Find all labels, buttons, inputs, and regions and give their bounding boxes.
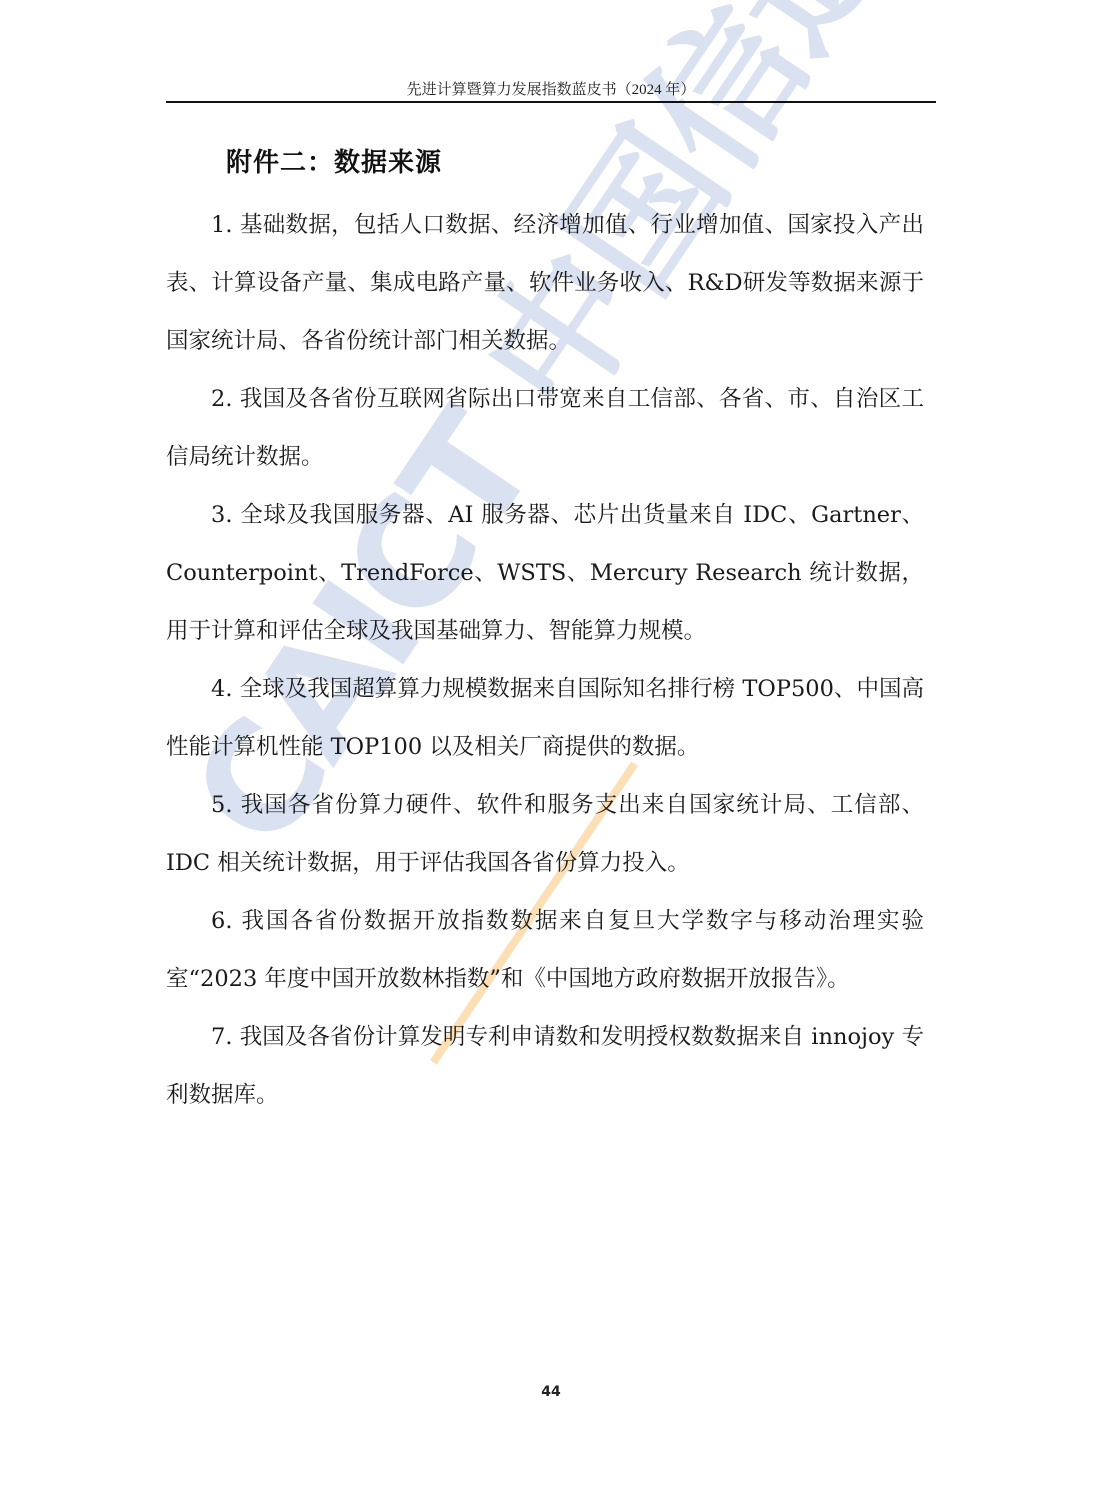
- page: 先进计算暨算力发展指数蓝皮书（2024 年） 附件二：数据来源 1. 基础数据，…: [0, 0, 1102, 1496]
- paragraph-1: 1. 基础数据，包括人口数据、经济增加值、行业增加值、国家投入产出表、计算设备产…: [166, 196, 924, 370]
- paragraph-6: 6. 我国各省份数据开放指数数据来自复旦大学数字与移动治理实验室“2023 年度…: [166, 892, 924, 1008]
- paragraph-7: 7. 我国及各省份计算发明专利申请数和发明授权数数据来自 innojoy 专利数…: [166, 1008, 924, 1124]
- paragraph-2: 2. 我国及各省份互联网省际出口带宽来自工信部、各省、市、自治区工信局统计数据。: [166, 370, 924, 486]
- paragraph-5: 5. 我国各省份算力硬件、软件和服务支出来自国家统计局、工信部、IDC 相关统计…: [166, 776, 924, 892]
- header-divider: [166, 101, 936, 103]
- section-title: 附件二：数据来源: [226, 142, 442, 179]
- paragraph-3: 3. 全球及我国服务器、AI 服务器、芯片出货量来自 IDC、Gartner、C…: [166, 486, 924, 660]
- page-number: 44: [0, 1384, 1102, 1400]
- running-header: 先进计算暨算力发展指数蓝皮书（2024 年）: [166, 78, 936, 99]
- paragraph-4: 4. 全球及我国超算算力规模数据来自国际知名排行榜 TOP500、中国高性能计算…: [166, 660, 924, 776]
- body-text: 1. 基础数据，包括人口数据、经济增加值、行业增加值、国家投入产出表、计算设备产…: [166, 196, 924, 1124]
